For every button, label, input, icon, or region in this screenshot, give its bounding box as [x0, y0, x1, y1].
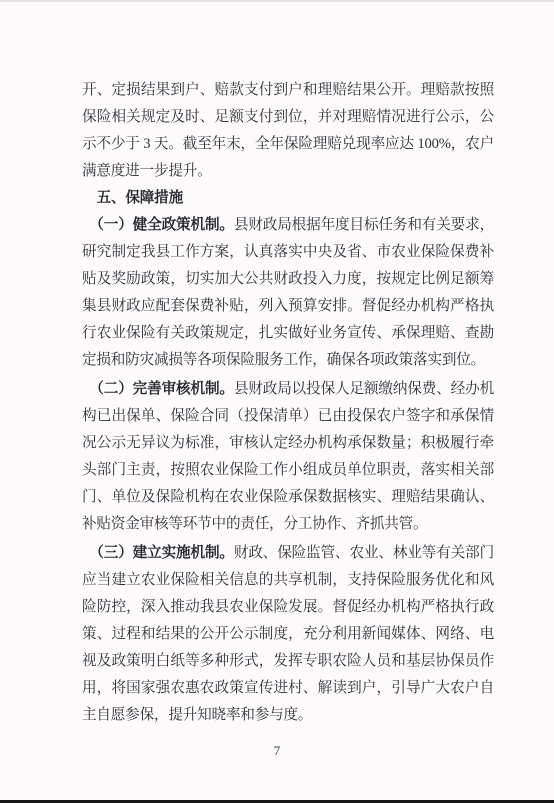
policy-item-1-body: 县财政局根据年度目标任务和有关要求，研究制定我县工作方案，认真落实中央及省、市农… [82, 217, 494, 368]
policy-item-2-lead: （二）完善审核机制。 [89, 381, 234, 397]
document-page-scan: 开、定损结果到户、赔款支付到户和理赔结果公开。理赔款按照保险相关规定及时、足额支… [0, 0, 554, 803]
paragraph-continuation: 开、定损结果到户、赔款支付到户和理赔结果公开。理赔款按照保险相关规定及时、足额支… [82, 77, 494, 185]
document-text-block: 开、定损结果到户、赔款支付到户和理赔结果公开。理赔款按照保险相关规定及时、足额支… [82, 77, 494, 729]
policy-item-1: （一）健全政策机制。县财政局根据年度目标任务和有关要求，研究制定我县工作方案，认… [82, 212, 494, 374]
scan-top-edge [0, 0, 554, 2]
section-heading: 五、保障措施 [82, 185, 494, 212]
policy-item-1-lead: （一）健全政策机制。 [89, 217, 234, 233]
policy-item-3: （三）建立实施机制。财政、保险监管、农业、林业等有关部门应当建立农业保险相关信息… [82, 540, 494, 729]
policy-item-3-body: 财政、保险监管、农业、林业等有关部门应当建立农业保险相关信息的共享机制，支持保险… [82, 545, 494, 723]
policy-item-2-body: 县财政局以投保人足额缴纳保费、经办机构已出保单、保险合同（投保清单）已由投保农户… [82, 381, 494, 532]
policy-item-3-lead: （三）建立实施机制。 [89, 545, 234, 561]
page-number: 7 [0, 741, 554, 761]
policy-item-2: （二）完善审核机制。县财政局以投保人足额缴纳保费、经办机构已出保单、保险合同（投… [82, 376, 494, 538]
